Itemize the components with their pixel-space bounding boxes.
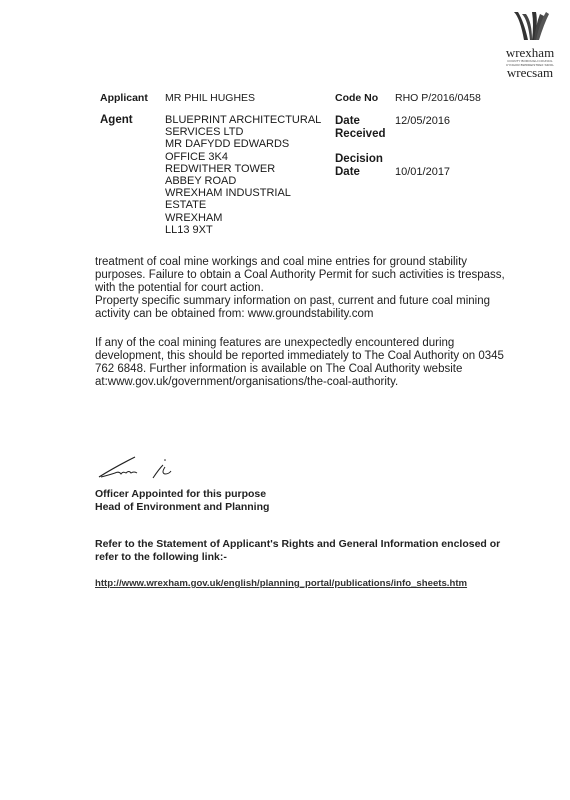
agent-line: OFFICE 3K4: [165, 151, 321, 163]
agent-line: ABBEY ROAD: [165, 175, 321, 187]
officer-title: Officer Appointed for this purpose Head …: [95, 488, 269, 514]
refer-statement: Refer to the Statement of Applicant's Ri…: [95, 538, 515, 563]
agent-line: WREXHAM INDUSTRIAL: [165, 187, 321, 199]
paragraph-groundstability: Property specific summary information on…: [95, 295, 515, 321]
agent-address: BLUEPRINT ARCHITECTURAL SERVICES LTD MR …: [165, 114, 321, 236]
paragraph-report: If any of the coal mining features are u…: [95, 337, 515, 389]
agent-line: BLUEPRINT ARCHITECTURAL: [165, 114, 321, 126]
wrexham-logo-mark-icon: [510, 10, 550, 42]
code-no-value: RHO P/2016/0458: [395, 92, 481, 105]
signature-icon: [95, 445, 205, 485]
agent-line: WREXHAM: [165, 212, 321, 224]
applicant-label: Applicant: [100, 92, 148, 105]
council-logo: wrexham COUNTY BOROUGH COUNCIL CYNGOR BW…: [500, 10, 560, 79]
date-received-label: Date Received: [335, 115, 386, 141]
agent-label: Agent: [100, 114, 133, 127]
agent-line: REDWITHER TOWER: [165, 163, 321, 175]
agent-line: LL13 9XT: [165, 224, 321, 236]
logo-name-welsh: wrecsam: [500, 67, 560, 79]
paragraph-permit: treatment of coal mine workings and coal…: [95, 256, 515, 295]
agent-line: ESTATE: [165, 199, 321, 211]
agent-line: MR DAFYDD EDWARDS: [165, 138, 321, 150]
agent-line: SERVICES LTD: [165, 126, 321, 138]
coal-authority-notice: treatment of coal mine workings and coal…: [95, 256, 515, 321]
info-sheets-link[interactable]: http://www.wrexham.gov.uk/english/planni…: [95, 578, 467, 589]
code-no-label: Code No: [335, 92, 378, 105]
date-received-value: 12/05/2016: [395, 115, 450, 128]
applicant-value: MR PHIL HUGHES: [165, 92, 255, 105]
decision-date-value: 10/01/2017: [395, 166, 450, 179]
decision-date-label: Decision Date: [335, 153, 383, 179]
coal-features-notice: If any of the coal mining features are u…: [95, 337, 515, 389]
logo-name-english: wrexham: [500, 47, 560, 59]
